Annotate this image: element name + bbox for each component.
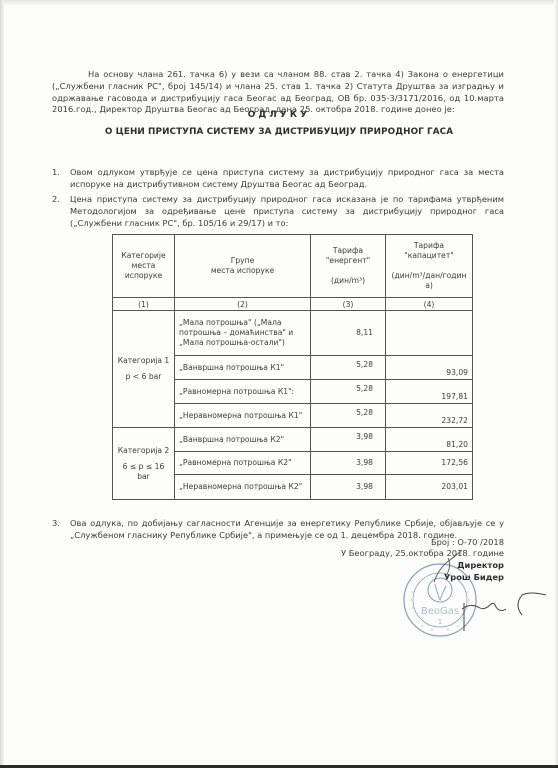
category-1-cell: Категорија 1 p < 6 bar <box>113 311 175 428</box>
capacity-tariff-cell <box>386 311 473 356</box>
col-number: (3) <box>311 298 386 311</box>
energy-tariff-cell: 5,28 <box>311 404 386 428</box>
table-header-row: Категорије места испоруке Групе места ис… <box>113 235 473 298</box>
header-energy-line2: "енергент" <box>326 256 370 265</box>
list-number: 3. <box>52 518 66 530</box>
header-groups-line1: Групе <box>231 256 255 265</box>
list-text: Овом одлуком утврђује се цена приступа с… <box>70 167 504 191</box>
header-capacity-line1: Тарифа <box>414 241 444 250</box>
energy-tariff-cell: 3,98 <box>311 452 386 475</box>
signatory-role: Директор <box>457 560 504 572</box>
document-title: ОДЛУКУ <box>0 110 558 120</box>
group-cell: „Неравномерна потрошња К2" <box>175 475 311 500</box>
category-name: Категорија 1 <box>118 356 170 365</box>
energy-tariff-cell: 8,11 <box>311 311 386 356</box>
group-cell: „Равномерна потрошња К1": <box>175 380 311 404</box>
category-pressure: p < 6 bar <box>126 372 162 381</box>
group-cell: „Ванвршна потрошња К2" <box>175 428 311 452</box>
list-text: Цена приступа систему за дистрибуцију пр… <box>70 194 504 229</box>
group-cell: „Мала потрошња" („Мала потрошња – домаћи… <box>175 311 311 356</box>
list-number: 2. <box>52 194 66 206</box>
group-cell: „Неравномерна потрошња К1" <box>175 404 311 428</box>
document-date: У Београду, 25.октобра 2018. године <box>341 548 504 560</box>
page-edge-top <box>0 0 558 6</box>
group-cell: „Ванвршна потрошња К1" <box>175 356 311 380</box>
energy-value: 3,98 <box>356 432 373 441</box>
header-capacity-tariff: Тарифа "капацитет" (дин/m³/дан/годин а) <box>386 235 473 298</box>
director-signature <box>460 585 550 633</box>
header-capacity-unit: (дин/m³/дан/годин а) <box>392 271 467 290</box>
signatory-name: Урош Бидер <box>444 572 504 584</box>
energy-value: 5,28 <box>356 360 373 369</box>
energy-tariff-cell: 5,28 <box>311 380 386 404</box>
capacity-tariff-cell: 172,56 <box>386 452 473 475</box>
capacity-tariff-cell: 203,01 <box>386 475 473 500</box>
energy-value: 5,28 <box>356 384 373 393</box>
capacity-tariff-cell: 93,09 <box>386 356 473 380</box>
category-2-cell: Категорија 2 6 ≤ p ≤ 16 bar <box>113 428 175 500</box>
list-number: 1. <box>52 167 66 179</box>
stamp-mark: 1 <box>438 618 442 626</box>
header-categories: Категорије места испоруке <box>113 235 175 298</box>
col-number: (2) <box>175 298 311 311</box>
table-row: Категорија 2 6 ≤ p ≤ 16 bar „Ванвршна по… <box>113 428 473 452</box>
energy-tariff-cell: 3,98 <box>311 475 386 500</box>
header-energy-line1: Тарифа <box>333 246 363 255</box>
energy-value: 5,28 <box>356 408 373 417</box>
category-pressure: 6 ≤ p ≤ 16 bar <box>123 462 165 481</box>
capacity-tariff-cell: 232,72 <box>386 404 473 428</box>
col-number: (4) <box>386 298 473 311</box>
category-name: Категорија 2 <box>118 446 170 455</box>
header-energy-unit: (дин/m³) <box>331 276 365 285</box>
header-capacity-line2: "капацитет" <box>404 251 453 260</box>
column-numbering-row: (1) (2) (3) (4) <box>113 298 473 311</box>
header-energy-tariff: Тарифа "енергент" (дин/m³) <box>311 235 386 298</box>
tariff-table: Категорије места испоруке Групе места ис… <box>112 234 473 500</box>
col-number: (1) <box>113 298 175 311</box>
stamp-company: BeoGas <box>421 606 459 617</box>
capacity-tariff-cell: 81,20 <box>386 428 473 452</box>
table-row: Категорија 1 p < 6 bar „Мала потрошња" (… <box>113 311 473 356</box>
header-groups: Групе места испоруке <box>175 235 311 298</box>
energy-tariff-cell: 3,98 <box>311 428 386 452</box>
capacity-tariff-cell: 197,81 <box>386 380 473 404</box>
header-groups-line2: места испоруке <box>211 266 274 275</box>
document-subtitle: О ЦЕНИ ПРИСТУПА СИСТЕМУ ЗА ДИСТРИБУЦИЈУ … <box>0 127 558 137</box>
group-cell: „Равномерна потрошња К2" <box>175 452 311 475</box>
energy-tariff-cell: 5,28 <box>311 356 386 380</box>
